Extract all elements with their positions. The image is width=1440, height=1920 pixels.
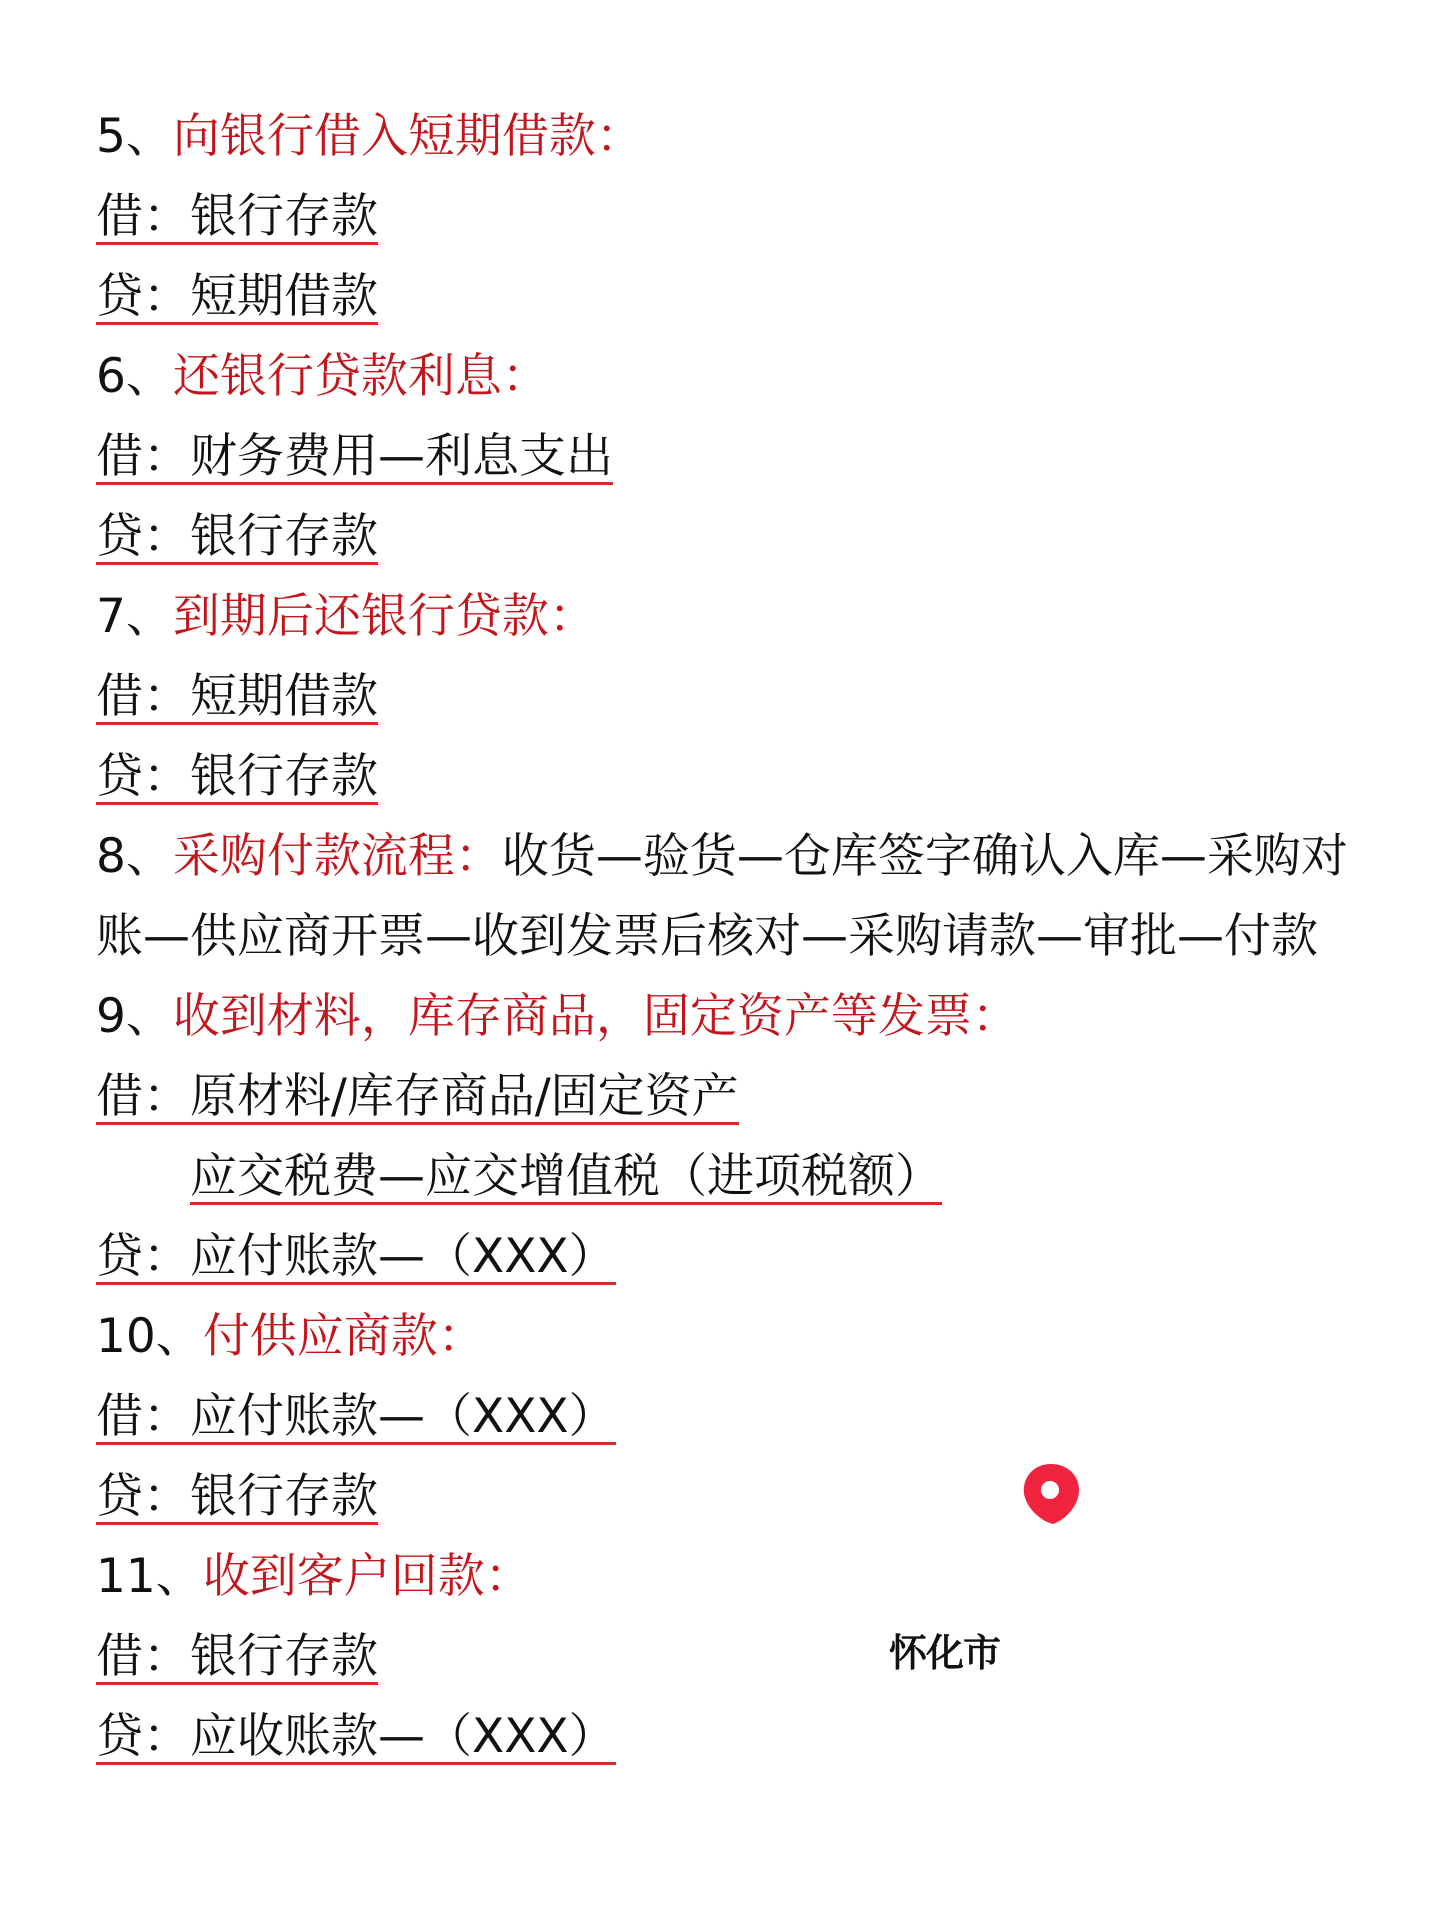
entry-underlined-text: 借：银行存款	[96, 1632, 378, 1685]
entry-underlined-text: 借：短期借款	[96, 672, 378, 725]
credit-entry: 贷：应收账款—（XXX）	[96, 1697, 1396, 1777]
credit-entry: 贷：银行存款	[96, 497, 1396, 577]
credit-label: 贷：	[96, 509, 190, 564]
map-pin-shape	[1021, 1462, 1081, 1526]
account-name: 银行存款	[190, 509, 378, 564]
credit-entry: 贷：应付账款—（XXX）	[96, 1217, 1396, 1297]
section-title: 到期后还银行贷款：	[173, 589, 596, 644]
credit-label: 贷：	[96, 1469, 190, 1524]
debit-entry-continuation: 应交税费—应交增值税（进项税额）	[96, 1137, 1396, 1217]
section-8-heading: 8、采购付款流程：收货—验货—仓库签字确认入库—采购对	[96, 817, 1396, 897]
account-name: 银行存款	[190, 1469, 378, 1524]
debit-label: 借：	[96, 669, 190, 724]
section-number: 7、	[96, 589, 173, 644]
section-5-heading: 5、向银行借入短期借款：	[96, 97, 1396, 177]
account-name: 应付账款—（XXX）	[190, 1229, 616, 1284]
debit-entry: 借：短期借款	[96, 657, 1396, 737]
entry-underlined-text: 借：银行存款	[96, 192, 378, 245]
credit-label: 贷：	[96, 269, 190, 324]
credit-entry: 贷：短期借款	[96, 257, 1396, 337]
section-number: 8、	[96, 829, 173, 884]
entry-underlined-text: 贷：银行存款	[96, 752, 378, 805]
section-number: 5、	[96, 109, 173, 164]
credit-entry: 贷：银行存款	[96, 1457, 1396, 1537]
entry-underlined-text: 贷：短期借款	[96, 272, 378, 325]
process-flow-text: 账—供应商开票—收到发票后核对—采购请款—审批—付款	[96, 909, 1318, 964]
entry-underlined-text: 贷：应付账款—（XXX）	[96, 1232, 616, 1285]
entry-underlined-text: 贷：应收账款—（XXX）	[96, 1712, 616, 1765]
debit-entry: 借：银行存款	[96, 177, 1396, 257]
account-name: 应交税费—应交增值税（进项税额）	[190, 1149, 942, 1204]
section-7-heading: 7、到期后还银行贷款：	[96, 577, 1396, 657]
entry-underlined-text: 借：财务费用—利息支出	[96, 432, 613, 485]
section-number: 6、	[96, 349, 173, 404]
credit-entry: 贷：银行存款	[96, 737, 1396, 817]
entry-underlined-text: 贷：银行存款	[96, 1472, 378, 1525]
account-name: 短期借款	[190, 669, 378, 724]
debit-label: 借：	[96, 1389, 190, 1444]
section-title: 付供应商款：	[203, 1309, 485, 1364]
debit-entry: 借：应付账款—（XXX）	[96, 1377, 1396, 1457]
section-number: 9、	[96, 989, 173, 1044]
section-number: 10、	[96, 1309, 203, 1364]
account-name: 应收账款—（XXX）	[190, 1709, 616, 1764]
debit-label: 借：	[96, 189, 190, 244]
credit-label: 贷：	[96, 1229, 190, 1284]
section-title: 还银行贷款利息：	[173, 349, 549, 404]
account-name: 原材料/库存商品/固定资产	[190, 1069, 739, 1124]
section-6-heading: 6、还银行贷款利息：	[96, 337, 1396, 417]
entry-underlined-text: 应交税费—应交增值税（进项税额）	[190, 1152, 942, 1205]
debit-label: 借：	[96, 1069, 190, 1124]
accounting-entries-document: 5、向银行借入短期借款： 借：银行存款 贷：短期借款 6、还银行贷款利息： 借：…	[96, 97, 1396, 1777]
entry-underlined-text: 贷：银行存款	[96, 512, 378, 565]
credit-label: 贷：	[96, 749, 190, 804]
entry-underlined-text: 借：原材料/库存商品/固定资产	[96, 1072, 739, 1125]
debit-label: 借：	[96, 1629, 190, 1684]
location-city-label[interactable]: 怀化市	[889, 1622, 1000, 1677]
section-9-heading: 9、收到材料，库存商品，固定资产等发票：	[96, 977, 1396, 1057]
account-name: 银行存款	[190, 749, 378, 804]
debit-entry: 借：银行存款	[96, 1617, 1396, 1697]
account-name: 短期借款	[190, 269, 378, 324]
account-name: 财务费用—利息支出	[190, 429, 613, 484]
debit-entry: 借：原材料/库存商品/固定资产	[96, 1057, 1396, 1137]
entry-underlined-text: 借：应付账款—（XXX）	[96, 1392, 616, 1445]
debit-label: 借：	[96, 429, 190, 484]
section-title: 收到客户回款：	[203, 1549, 532, 1604]
section-number: 11、	[96, 1549, 203, 1604]
section-10-heading: 10、付供应商款：	[96, 1297, 1396, 1377]
process-flow-text: 收货—验货—仓库签字确认入库—采购对	[502, 829, 1348, 884]
section-11-heading: 11、收到客户回款：	[96, 1537, 1396, 1617]
section-title: 采购付款流程：	[173, 829, 502, 884]
account-name: 应付账款—（XXX）	[190, 1389, 616, 1444]
account-name: 银行存款	[190, 189, 378, 244]
process-flow-continuation: 账—供应商开票—收到发票后核对—采购请款—审批—付款	[96, 897, 1396, 977]
account-name: 银行存款	[190, 1629, 378, 1684]
debit-entry: 借：财务费用—利息支出	[96, 417, 1396, 497]
section-title: 收到材料，库存商品，固定资产等发票：	[173, 989, 1019, 1044]
map-pin-icon[interactable]	[1021, 1462, 1081, 1526]
section-title: 向银行借入短期借款：	[173, 109, 643, 164]
credit-label: 贷：	[96, 1709, 190, 1764]
